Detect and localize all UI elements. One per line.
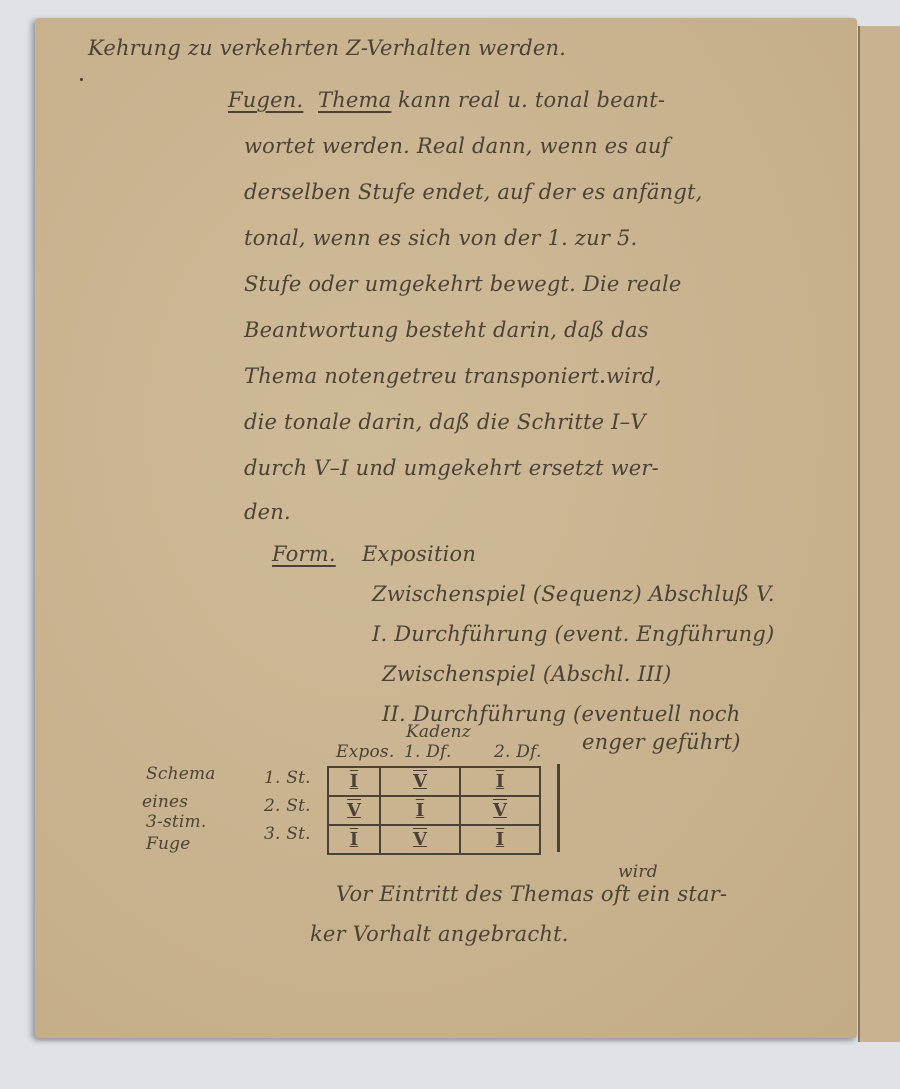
row-label-1: 1. St. [264,768,311,788]
table-cell: I [460,825,540,854]
text-line-5: tonal, wenn es sich von der 1. zur 5. [244,226,637,250]
form-item-durchfuehrung-1: I. Durchführung (event. Engführung) [372,622,774,646]
text-line-8: Thema notengetreu transponiert wird, [244,364,662,388]
scheme-label-3: 3-stim. [146,812,206,832]
header-expos: Expos. [336,742,394,762]
table-double-rule [557,764,560,852]
closing-insert: wird [618,862,658,882]
table-cell: V [380,767,460,796]
row-label-3: 3. St. [264,824,311,844]
heading-fugen: Fugen. [228,88,303,112]
form-item-exposition: Exposition [362,542,476,566]
heading-thema: Thema [318,88,391,112]
table-cell: I [328,767,380,796]
table-row: V I V [328,796,540,825]
form-item-zwischenspiel-2: Zwischenspiel (Abschl. III) [382,662,671,686]
table-cell: V [460,796,540,825]
text-line-7: Beantwortung besteht darin, daß das [244,318,649,342]
text-line-3: wortet werden. Real dann, wenn es auf [244,134,670,158]
table-cell: V [328,796,380,825]
scheme-label-2: eines [142,792,188,812]
row-label-2: 2. St. [264,796,311,816]
next-page-edge [858,26,900,1042]
header-1-df: 1. Df. [404,742,452,762]
fugue-scheme-table: I V I V I V I V I [327,766,541,855]
ink-spot [80,78,83,81]
header-2-df: 2. Df. [494,742,542,762]
closing-line-2: ker Vorhalt angebracht. [310,922,569,946]
form-item-zwischenspiel-1: Zwischenspiel (Sequenz) Abschluß V. [372,582,775,606]
text-line-1: Kehrung zu verkehrten Z-Verhalten werden… [88,36,566,60]
closing-line-1: Vor Eintritt des Themas oft ein star- [336,882,727,906]
text-line-10: durch V–I und umgekehrt ersetzt wer- [244,456,659,480]
table-cell: V [380,825,460,854]
text-line-9: die tonale darin, daß die Schritte I–V [244,410,646,434]
table-cell: I [460,767,540,796]
scheme-label-4: Fuge [146,834,191,854]
text-line-6: Stufe oder umgekehrt bewegt. Die reale [244,272,682,296]
table-cell: I [328,825,380,854]
form-label: Form. [272,542,336,566]
scheme-label-1: Schema [146,764,216,784]
text-line-2: kann real u. tonal beant- [398,88,665,112]
kadenz-label: Kadenz [406,722,471,742]
table-row: I V I [328,825,540,854]
text-line-11: den. [244,500,291,524]
text-line-4: derselben Stufe endet, auf der es anfäng… [244,180,703,204]
form-item-durchfuehrung-2-cont: enger geführt) [582,730,741,754]
table-cell: I [380,796,460,825]
table-row: I V I [328,767,540,796]
